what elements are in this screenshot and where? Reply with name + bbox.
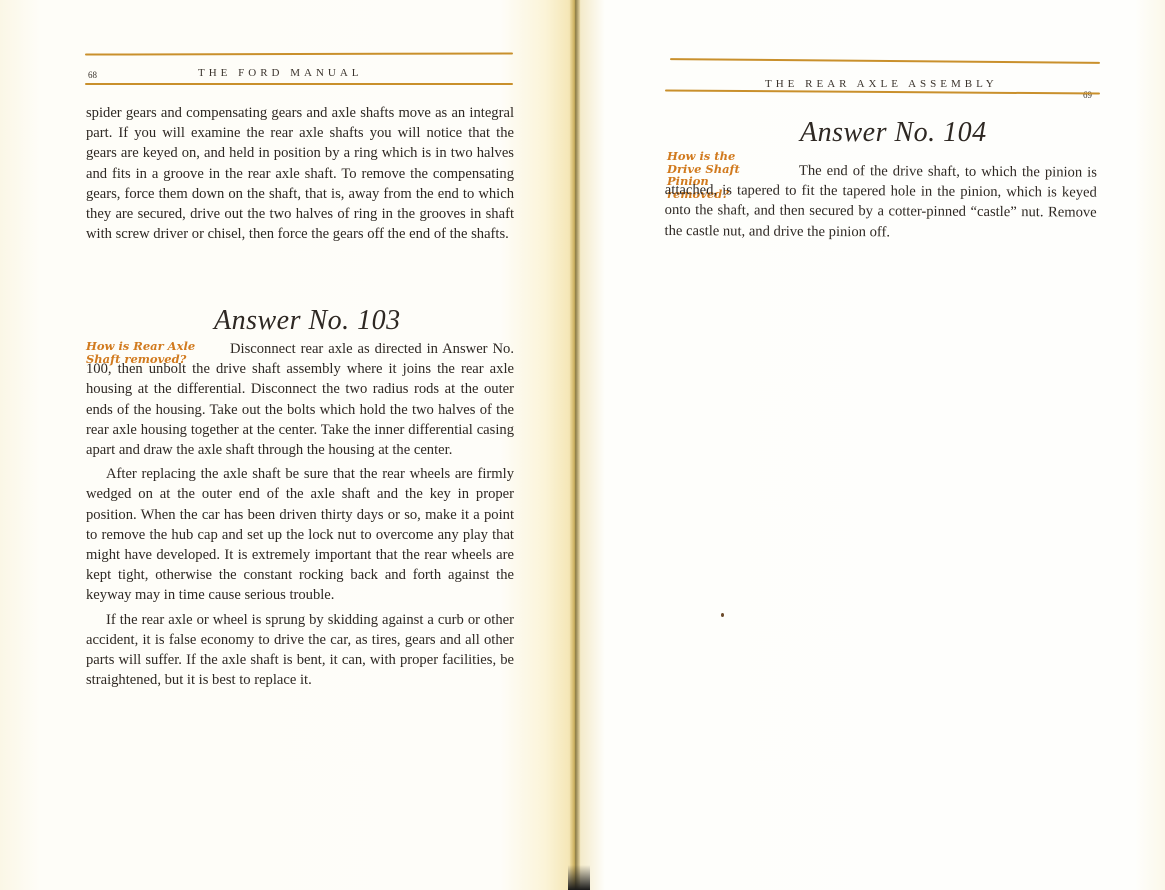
right-page: THE REAR AXLE ASSEMBLY 69 Answer No. 104… [575,0,1165,890]
paragraph: Disconnect rear axle as directed in Answ… [86,339,514,460]
header-top-rule [670,58,1100,64]
answer-body: The end of the drive shaft, to which the… [665,160,1097,243]
paragraph: After replacing the axle shaft be sure t… [86,464,514,605]
answer-heading: Answer No. 103 [214,305,401,337]
continued-text-block: spider gears and compensating gears and … [86,103,514,244]
left-page: 68 THE FORD MANUAL spider gears and comp… [0,0,575,890]
paragraph: If the rear axle or wheel is sprung by s… [86,610,514,691]
page-number: 68 [88,70,97,80]
gutter-shadow [568,865,590,890]
answer-body: Disconnect rear axle as directed in Answ… [86,339,514,690]
paragraph: spider gears and compensating gears and … [86,103,514,244]
running-head: THE REAR AXLE ASSEMBLY [765,78,998,90]
paper-speck [721,613,724,617]
book-gutter [570,0,580,890]
running-head: THE FORD MANUAL [198,67,363,79]
paragraph: The end of the drive shaft, to which the… [665,160,1097,243]
answer-heading: Answer No. 104 [800,117,987,149]
header-bottom-rule [85,83,513,85]
header-bottom-rule [665,89,1100,94]
header-top-rule [85,52,513,55]
